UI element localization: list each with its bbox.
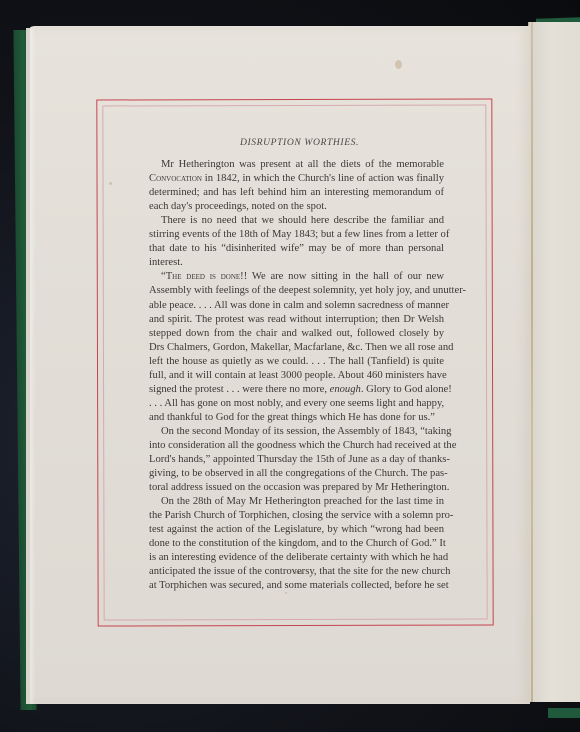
- text-line: at Torphichen was secured, and some mate…: [149, 579, 444, 593]
- text-line: done to the constitution of the kingdom,…: [149, 537, 444, 551]
- text-line: Mr Hetherington was present at all the d…: [149, 158, 444, 172]
- text-line: into consideration all the goodness whic…: [149, 439, 444, 453]
- italic-phrase: enough: [330, 384, 361, 395]
- text-line: . . . All has gone on most nobly, and ev…: [149, 397, 444, 411]
- text-line: stirring events of the 18th of May 1843;…: [149, 228, 444, 242]
- text-line: There is no need that we should here des…: [149, 214, 444, 228]
- text-line: “The deed is done!! We are now sitting i…: [149, 270, 444, 284]
- text-line: and thankful to God for the great things…: [149, 411, 444, 425]
- text-line: that date to his “disinherited wife” may…: [149, 242, 444, 256]
- text-line: full, and it will contain at least 3000 …: [149, 369, 444, 383]
- small-caps-phrase: Convocation: [149, 173, 202, 184]
- text-line: stepped down from the chair and walked o…: [149, 327, 444, 341]
- text-line: toral address issued on the occasion was…: [149, 481, 444, 495]
- page-text-block: DISRUPTION WORTHIES. Mr Hetherington was…: [149, 136, 444, 594]
- text-line: Lord's hands,” appointed Thursday the 15…: [149, 453, 444, 467]
- text-line: giving, to be observed in all the congre…: [149, 467, 444, 481]
- facing-page-edge: [528, 22, 580, 702]
- text-line: each day's proceedings, noted on the spo…: [149, 200, 444, 214]
- running-head: DISRUPTION WORTHIES.: [149, 136, 444, 150]
- text-line: Convocation in 1842, in which the Church…: [149, 172, 444, 186]
- text-line: is an interesting evidence of the delibe…: [149, 551, 444, 565]
- gutter-stain: [531, 22, 533, 702]
- foxing-spot: [395, 60, 402, 69]
- text-line: left the house as quietly as we could. .…: [149, 355, 444, 369]
- text-line: On the second Monday of its session, the…: [149, 425, 444, 439]
- page-number: 304: [283, 570, 313, 576]
- book-cover-green-right-bottom: [548, 708, 580, 718]
- text-line: Drs Chalmers, Gordon, Makellar, Macfarla…: [149, 341, 444, 355]
- paragraph: On the second Monday of its session, the…: [149, 425, 444, 495]
- paragraph: On the 28th of May Mr Hetherington preac…: [149, 495, 444, 593]
- paragraph-quoted-letter: “The deed is done!! We are now sitting i…: [149, 270, 444, 425]
- text-line: signed the protest . . . were there no m…: [149, 383, 444, 397]
- text-line: the Parish Church of Torphichen, closing…: [149, 509, 444, 523]
- small-caps-phrase: The deed is done: [166, 271, 240, 282]
- text-line: Assembly with feelings of the deepest so…: [149, 284, 444, 298]
- text-line: and spirit. The protest was read without…: [149, 313, 444, 327]
- text-line: On the 28th of May Mr Hetherington preac…: [149, 495, 444, 509]
- text-line: able peace. . . . All was done in calm a…: [149, 299, 444, 313]
- text-line: test against the action of the Legislatu…: [149, 523, 444, 537]
- text-line: determined; and has left behind him an i…: [149, 186, 444, 200]
- paragraph: There is no need that we should here des…: [149, 214, 444, 270]
- text-line: interest.: [149, 256, 444, 270]
- paragraph: Mr Hetherington was present at all the d…: [149, 158, 444, 214]
